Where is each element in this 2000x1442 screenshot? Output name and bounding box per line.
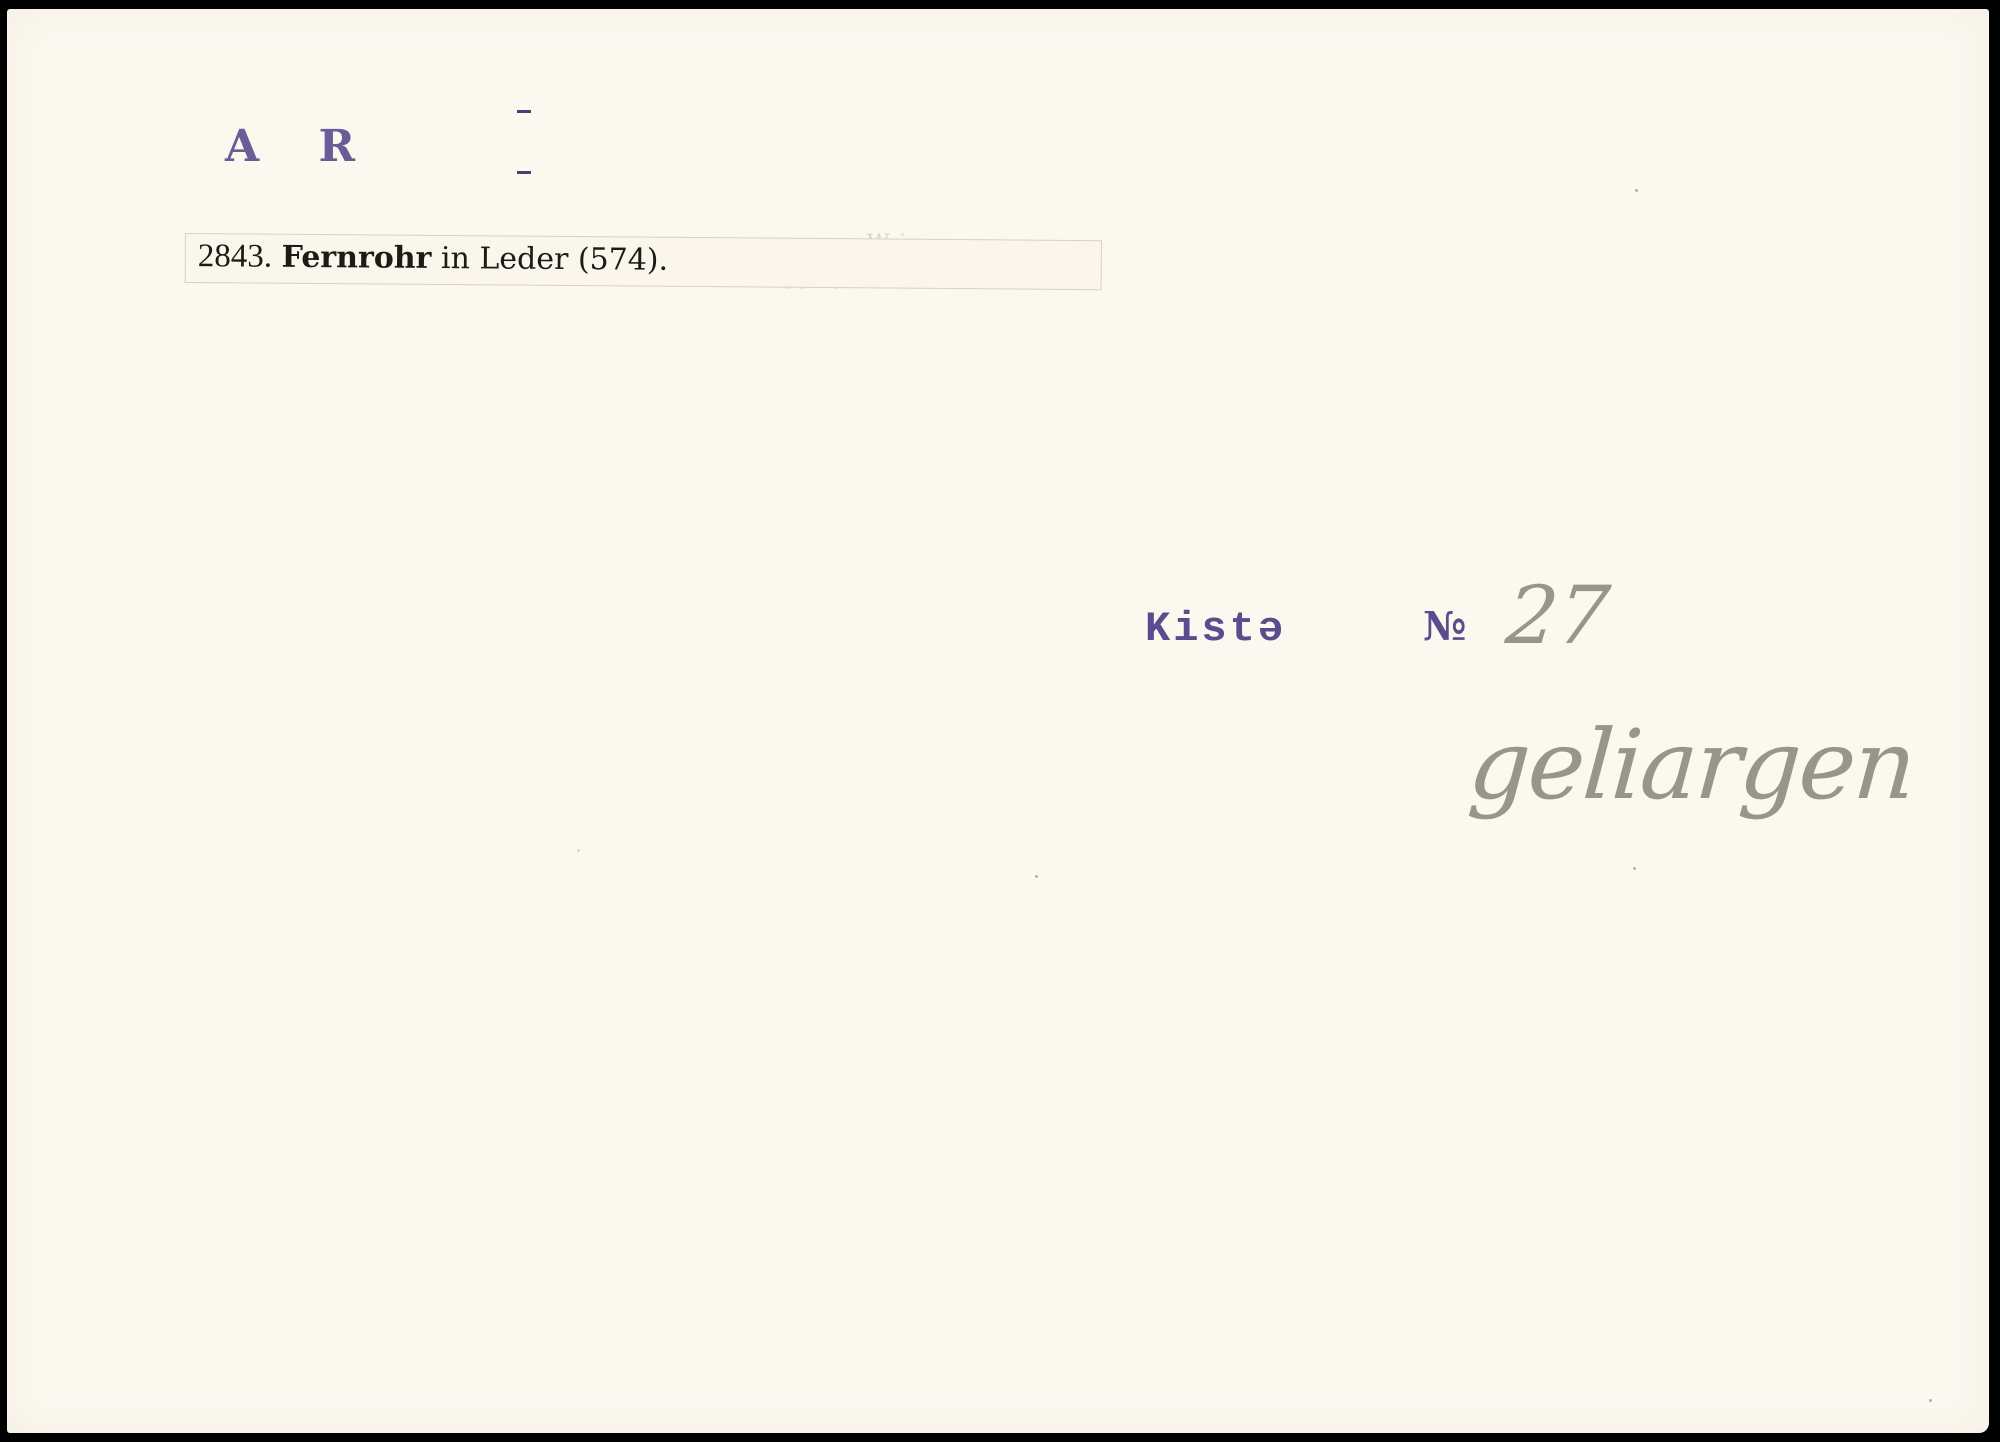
paper-speck — [1929, 1399, 1932, 1402]
tick-mark-top — [517, 110, 531, 113]
handwritten-note: geliargen — [1465, 709, 1918, 821]
paper-speck — [1633, 867, 1636, 870]
paper-speck — [577, 849, 580, 852]
item-title: Fernrohr — [281, 240, 431, 276]
number-sign-stamp: № — [1423, 603, 1466, 650]
kiste-stamp: Kistə — [1145, 605, 1286, 653]
tick-mark-bottom — [517, 171, 531, 174]
paper-speck — [1635, 189, 1638, 192]
catalog-entry: 2843. Fernrohr in Leder (574). — [198, 238, 669, 279]
initials-stamp: A R — [225, 121, 377, 172]
index-card: A R Wrig. Mus. Hippolytmann... 2843. Fer… — [7, 9, 1989, 1433]
pasted-catalog-label: 2843. Fernrohr in Leder (574). — [185, 233, 1102, 290]
catalog-number: 2843. — [198, 238, 273, 275]
handwritten-box-number: 27 — [1502, 569, 1614, 662]
item-description: in Leder (574). — [441, 241, 668, 278]
paper-speck — [1035, 875, 1038, 878]
